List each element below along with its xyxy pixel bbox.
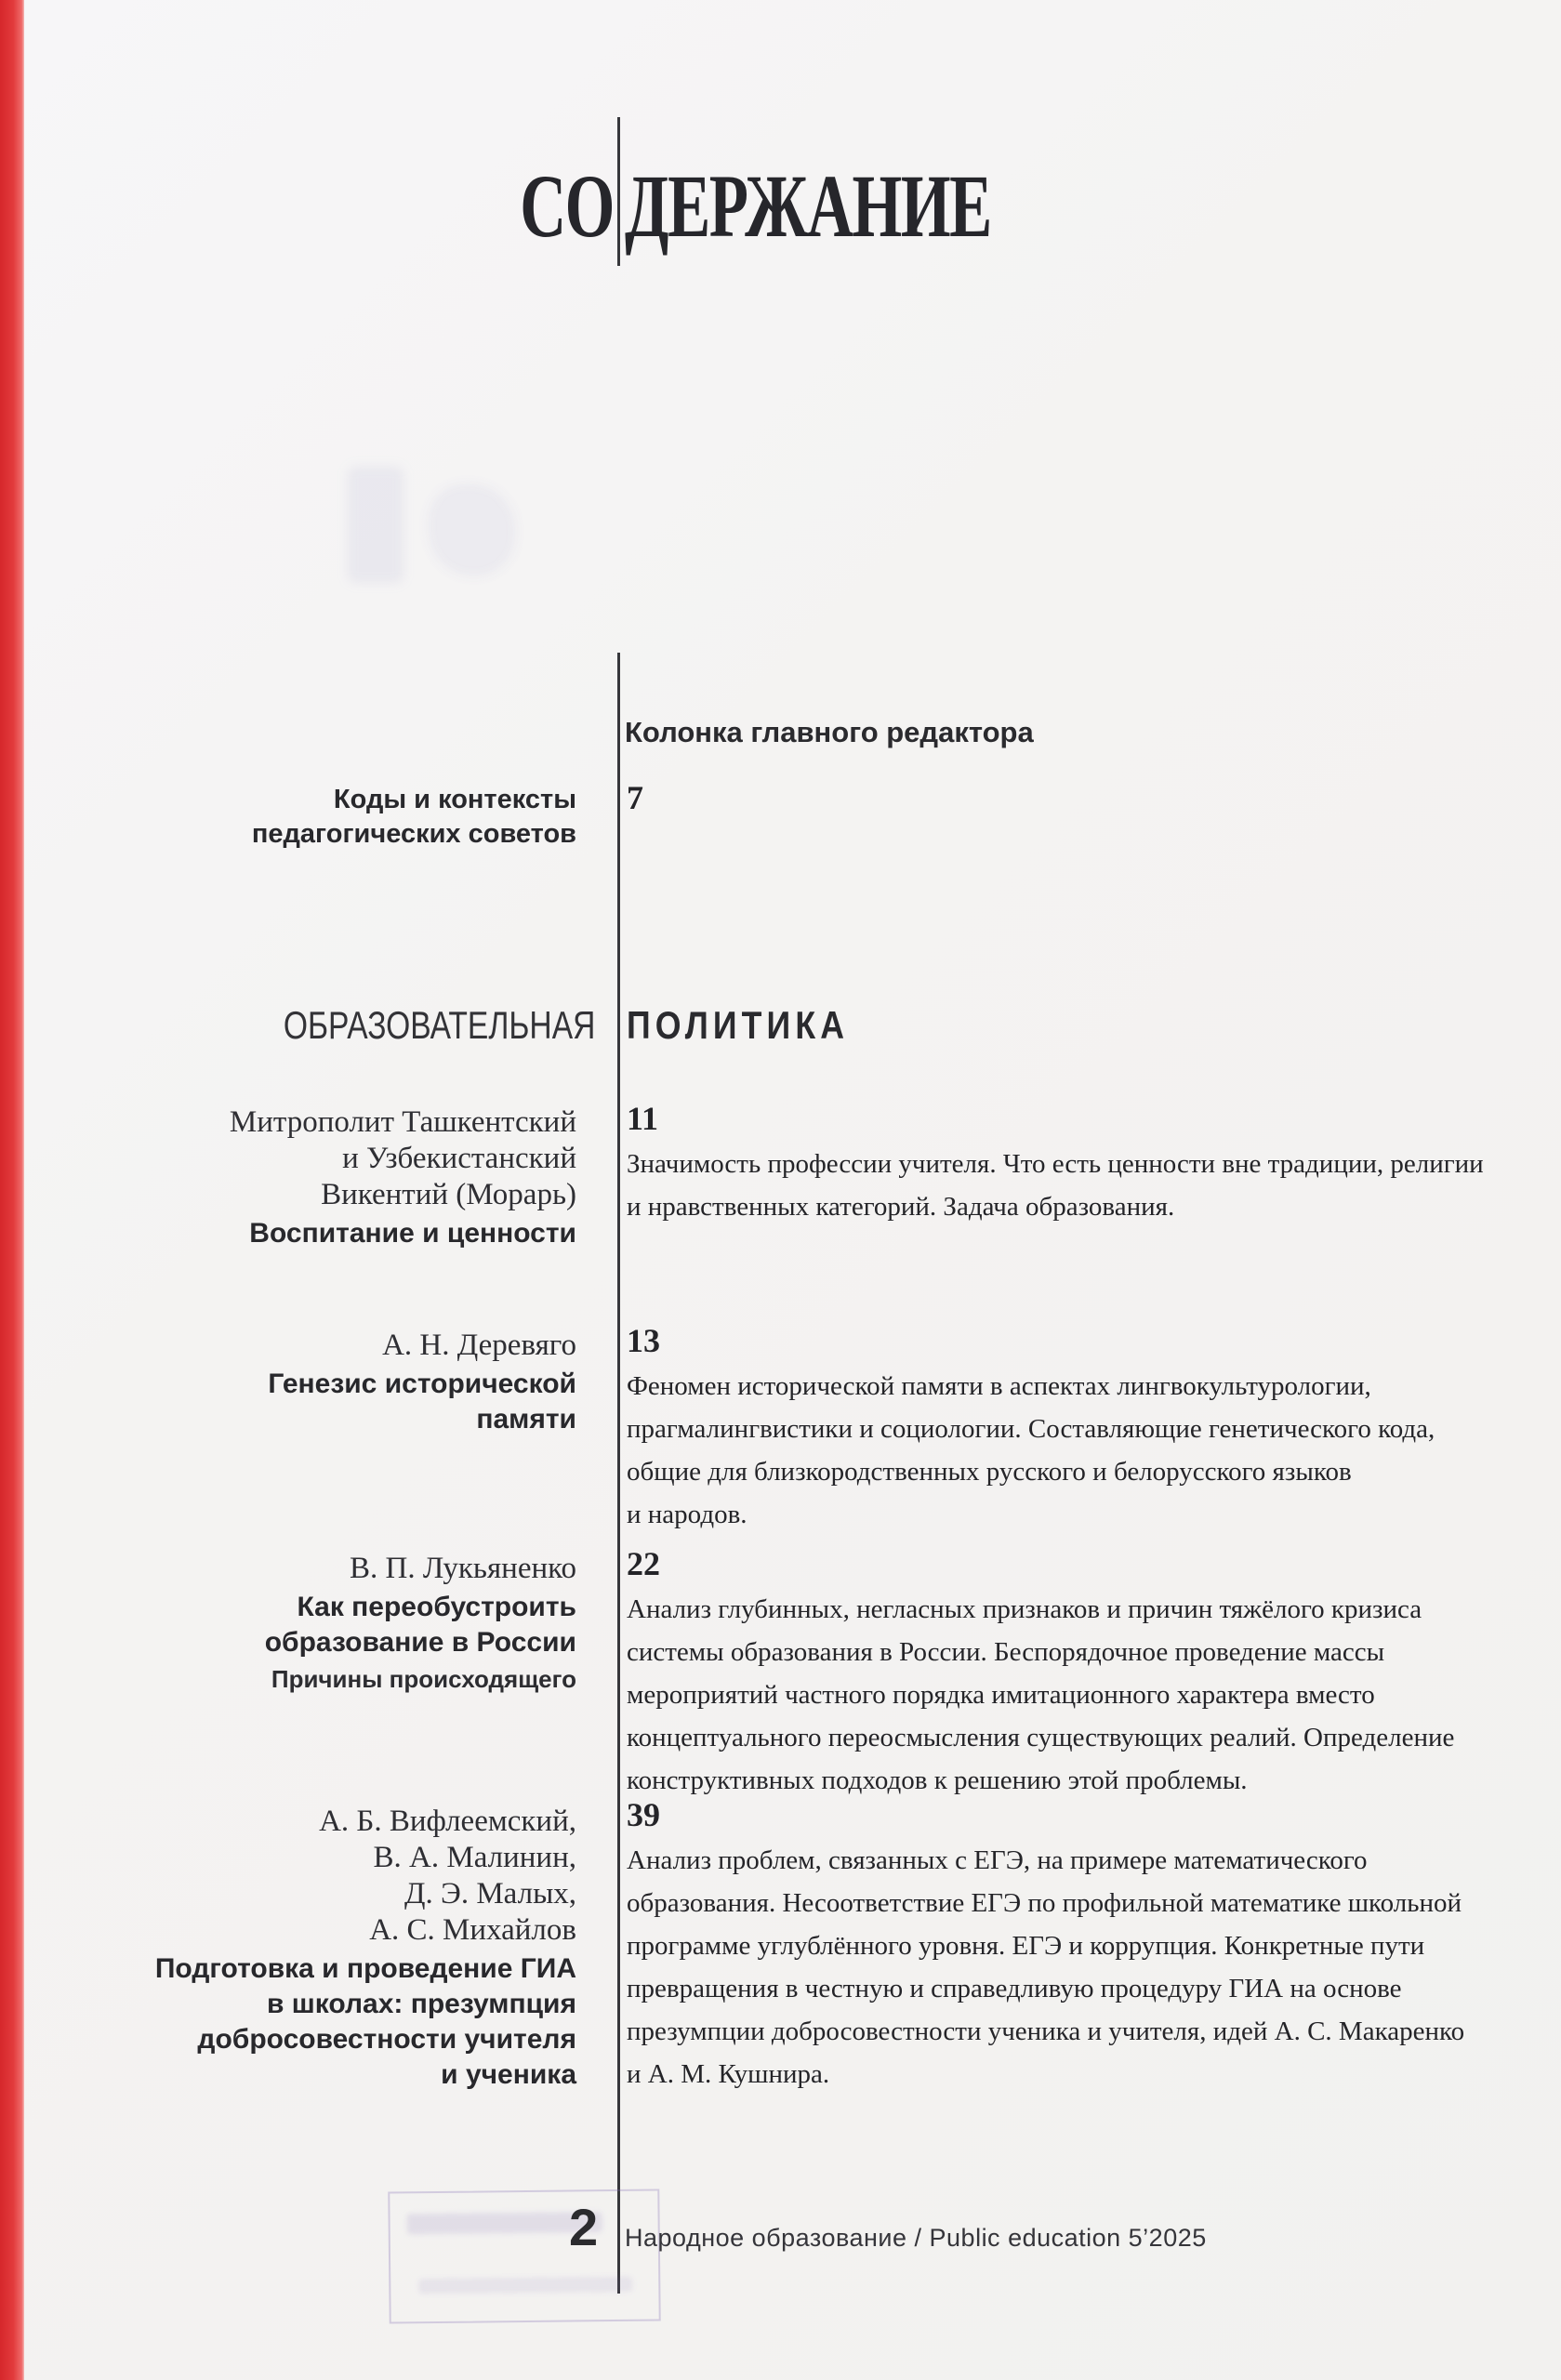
page-edge-strip (0, 0, 24, 2380)
article-title: Воспитание и ценности (112, 1216, 576, 1251)
page-number: 7 (627, 779, 1561, 816)
article-authors: А. Б. Вифлеемский, В. А. Малинин, Д. Э. … (112, 1804, 576, 1949)
toc-entry-right: 11 Значимость профессии учителя. Что ест… (627, 1100, 1561, 1228)
toc-entry-right: 39 Анализ проблем, связанных с ЕГЭ, на п… (627, 1796, 1561, 2096)
footer-page-number: 2 (569, 2201, 598, 2254)
show-through-smudge (342, 457, 547, 597)
title-vertical-rule (617, 117, 620, 266)
article-title: Коды и контексты педагогических советов (112, 783, 576, 852)
page-number: 13 (627, 1322, 1561, 1359)
article-authors: А. Н. Деревяго (112, 1328, 576, 1364)
article-summary: Феномен исторической памяти в аспектах л… (627, 1365, 1561, 1536)
article-summary: Значимость профессии учителя. Что есть ц… (627, 1143, 1561, 1228)
section-heading-educational: ОБРАЗОВАТЕЛЬНАЯ (284, 1006, 596, 1045)
toc-entry-left: Коды и контексты педагогических советов (112, 783, 576, 852)
section-heading-policy: ПОЛИТИКА (627, 1006, 849, 1045)
toc-entry-right: 13 Феномен исторической памяти в аспекта… (627, 1322, 1561, 1536)
footer-journal-title: Народное образование / Public education … (625, 2224, 1207, 2253)
section-heading-editor-column: Колонка главного редактора (625, 716, 1034, 749)
article-summary: Анализ глубинных, негласных признаков и … (627, 1588, 1561, 1802)
page-number: 39 (627, 1796, 1561, 1833)
article-title: Как переобустроить образование в России (112, 1590, 576, 1660)
article-authors: В. П. Лукьяненко (112, 1551, 576, 1587)
article-title: Генезис исторической памяти (112, 1367, 576, 1437)
library-stamp (388, 2188, 660, 2323)
smudge-blob (348, 467, 403, 583)
article-authors: Митрополит Ташкентский и Узбекистанский … (112, 1104, 576, 1213)
article-title: Подготовка и проведение ГИА в школах: пр… (112, 1951, 576, 2093)
toc-entry-left: А. Н. Деревяго Генезис исторической памя… (112, 1328, 576, 1437)
article-subtitle: Причины происходящего (112, 1662, 576, 1696)
page-title: СО (520, 162, 614, 251)
main-vertical-rule (617, 653, 620, 2294)
toc-entry-right: 7 (627, 779, 1561, 816)
toc-entry-right: 22 Анализ глубинных, негласных признаков… (627, 1545, 1561, 1802)
page-number: 11 (627, 1100, 1561, 1137)
page-title: ДЕРЖАНИЕ (625, 162, 991, 251)
stamp-smudge (418, 2277, 632, 2294)
article-summary: Анализ проблем, связанных с ЕГЭ, на прим… (627, 1839, 1561, 2096)
toc-entry-left: Митрополит Ташкентский и Узбекистанский … (112, 1104, 576, 1251)
page-number: 22 (627, 1545, 1561, 1582)
toc-entry-left: В. П. Лукьяненко Как переобустроить обра… (112, 1551, 576, 1696)
smudge-blob (428, 483, 516, 576)
toc-entry-left: А. Б. Вифлеемский, В. А. Малинин, Д. Э. … (112, 1804, 576, 2093)
